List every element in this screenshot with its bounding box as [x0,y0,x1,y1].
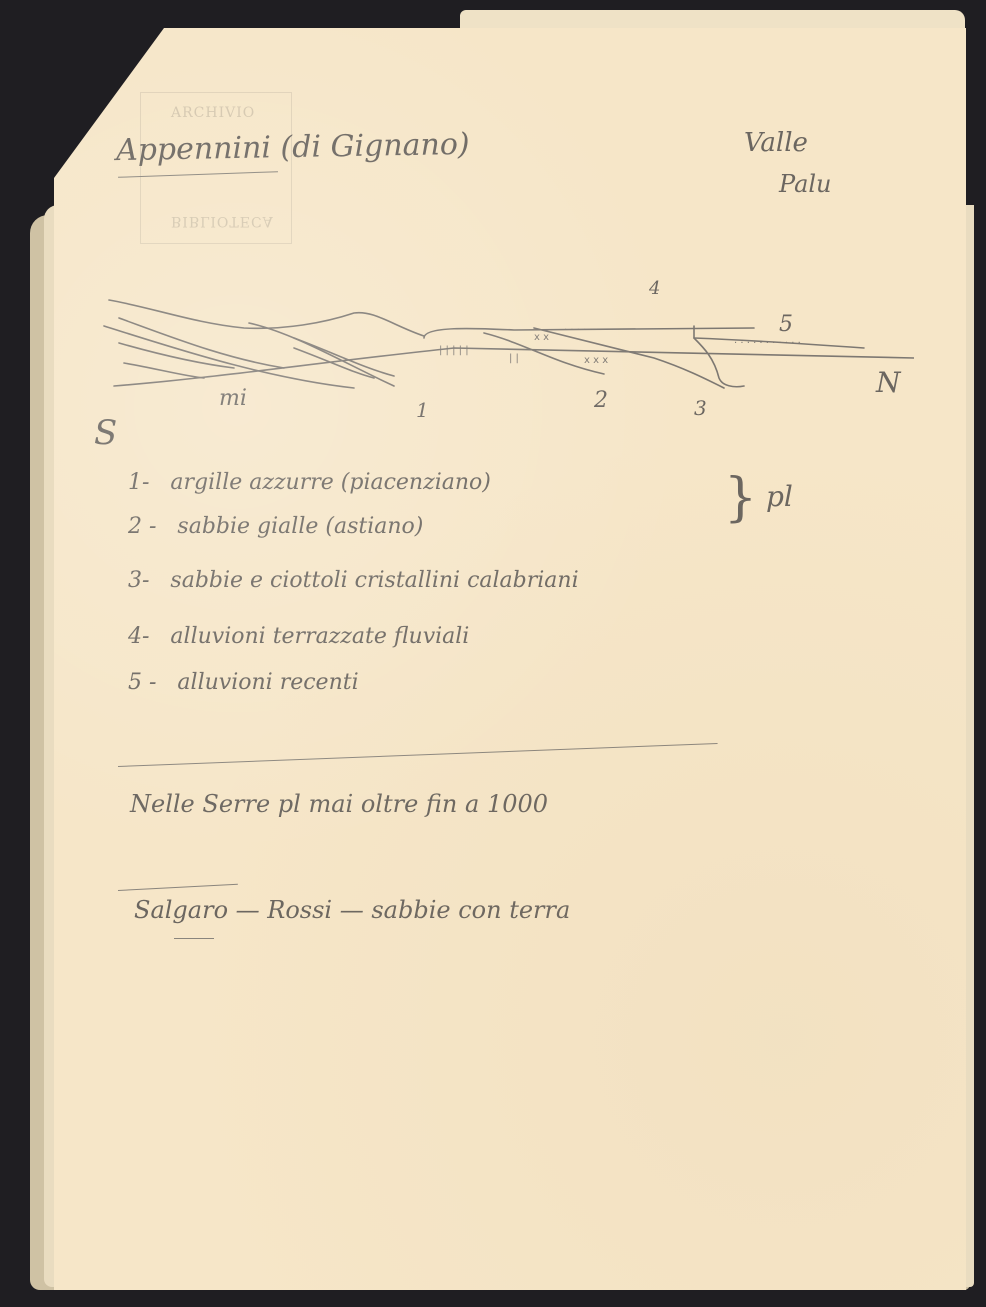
svg-text:x x: x x [534,332,549,343]
legend-brace: } [724,468,757,528]
title-underline [118,171,278,178]
corner-note-line1: Valle [744,128,808,158]
svg-text:| |: | | [509,353,519,364]
legend-text: argille azzurre (piacenziano) [170,470,490,495]
stamp-bottom-text: BIBLIOTECA [171,213,274,229]
legend-item-3: 3- sabbie e ciottoli cristallini calabri… [128,568,579,593]
unit-label-1: 1 [416,398,429,422]
south-label: S [94,413,117,453]
unit-label-2: 2 [594,388,608,413]
legend-item-5: 5 - alluvioni recenti [128,670,359,695]
divider-line-1 [118,743,718,767]
legend-number: 3- [128,568,149,593]
legend-text: sabbie e ciottoli cristallini calabriani [170,568,578,593]
svg-text:| | | | |: | | | | | [439,345,469,356]
north-label: N [876,366,901,399]
note-underline [174,938,214,939]
legend-number: 4- [128,624,149,649]
legend-number: 1- [128,470,149,495]
note-line-2: Salgaro — Rossi — sabbie con terra [134,896,570,924]
legend-text: alluvioni terrazzate fluviali [170,624,469,649]
legend-item-1: 1- argille azzurre (piacenziano) [128,470,491,495]
page-title: Appennini (di Gignano) [116,127,470,168]
notebook-page: ARCHIVIO BIBLIOTECA Appennini (di Gignan… [54,28,966,1290]
corner-note-line2: Palu [779,170,832,198]
svg-text:x x x: x x x [584,355,608,366]
stamp-top-text: ARCHIVIO [171,105,255,121]
note-line-1: Nelle Serre pl mai oltre fin a 1000 [130,790,548,818]
legend-number: 5 - [128,670,156,695]
geological-cross-section-sketch: | | | | | | | x x · · · · · · x x x · · … [94,268,914,458]
unit-label-5: 5 [779,312,793,337]
svg-text:· · · · · ·: · · · · · · [564,325,599,336]
faded-library-stamp: ARCHIVIO BIBLIOTECA [140,92,292,244]
legend-item-2: 2 - sabbie gialle (astiano) [128,514,423,539]
legend-text: alluvioni recenti [177,670,358,695]
legend-number: 2 - [128,514,156,539]
legend-text: sabbie gialle (astiano) [177,514,423,539]
divider-line-2 [118,884,238,891]
legend-item-4: 4- alluvioni terrazzate fluviali [128,624,469,649]
svg-text:· · · · · · · · · · ·: · · · · · · · · · · · [734,338,801,349]
legend-brace-label: pl [766,480,793,513]
unit-label-3: 3 [694,396,707,420]
unit-label-4: 4 [649,278,660,299]
unit-label-mi: mi [219,386,247,411]
